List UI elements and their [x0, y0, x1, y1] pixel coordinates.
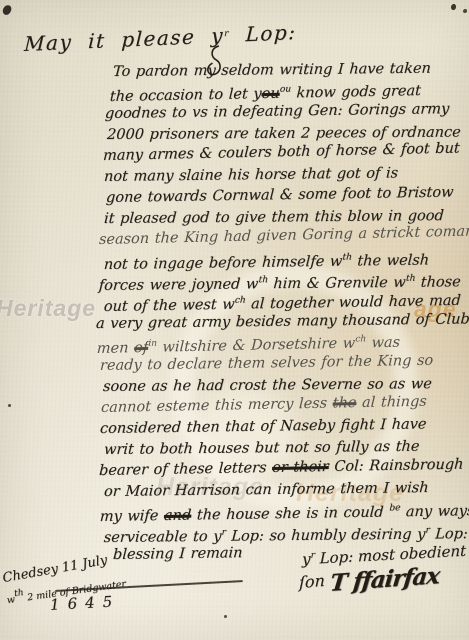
dateline-year: 1645	[50, 592, 121, 614]
closing-relation: ſon	[299, 571, 325, 592]
ink-speck	[224, 615, 227, 618]
signature-fairfax: T ffairfax	[329, 562, 441, 597]
letter-line: gone towards Cornwal & some foot to Bris…	[105, 182, 469, 209]
ink-speck	[8, 404, 11, 407]
letter-photo: Heritage age Heritage Heritage May it pl…	[0, 0, 469, 640]
letter-line: goodnes to vs in defeating Gen: Gorings …	[104, 99, 469, 125]
letter-body: To pardon my seldom writing I have taken…	[0, 62, 469, 566]
letter-line: ready to declare them selves for the Kin…	[99, 350, 469, 377]
ink-speck	[463, 9, 467, 13]
ink-speck	[451, 4, 456, 10]
ink-speck	[2, 4, 13, 16]
salutation-line: May it please yr Lop:	[24, 20, 297, 56]
